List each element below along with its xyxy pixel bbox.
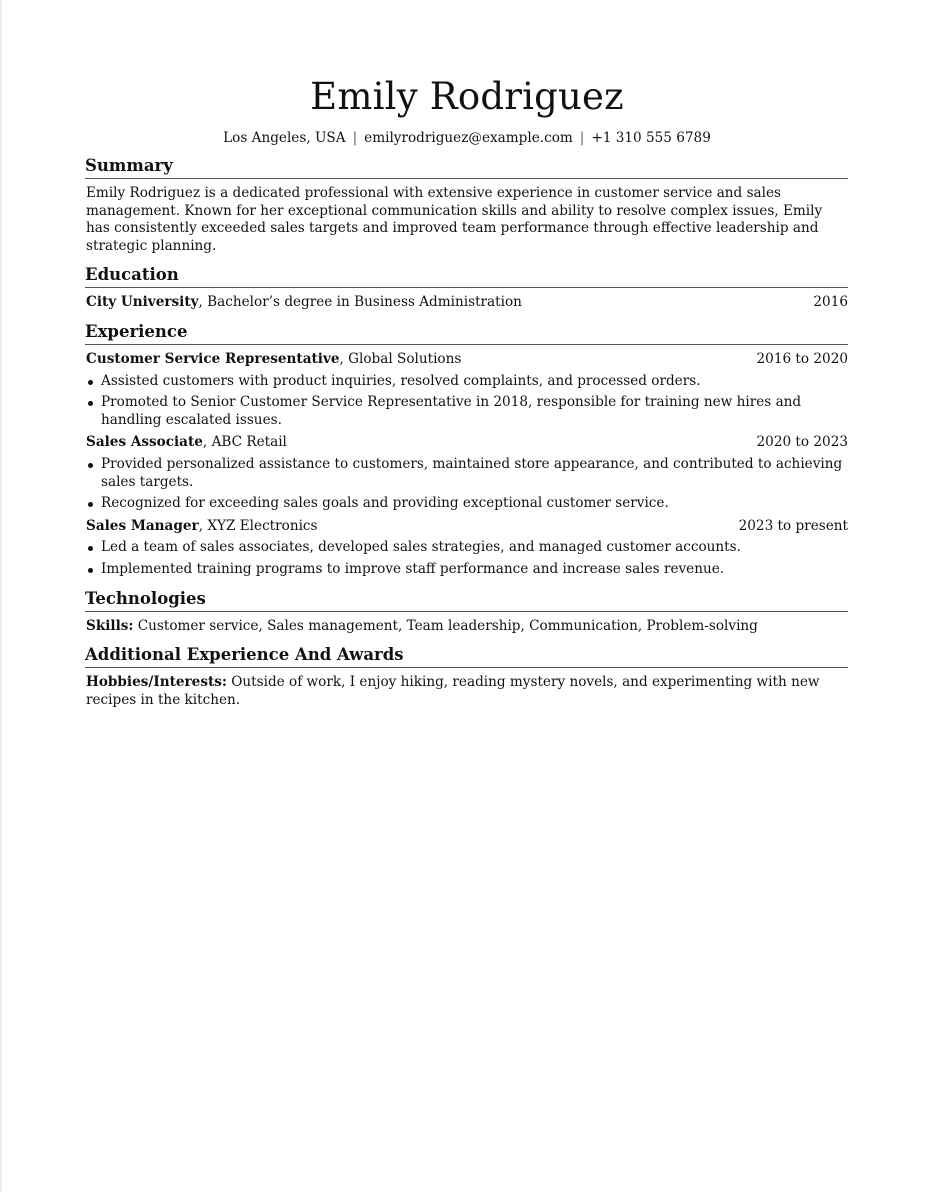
job-title: Sales Manager [86,518,199,534]
job-entry: Sales Associate, ABC Retail 2020 to 2023… [86,434,848,512]
contact-location: Los Angeles, USA [223,130,345,146]
institution: City University [86,294,199,310]
skills-line: Skills: Customer service, Sales manageme… [86,618,848,636]
hobbies-label: Hobbies/Interests: [86,674,227,690]
contact-phone[interactable]: +1 310 555 6789 [591,130,711,146]
candidate-name: Emily Rodriguez [86,74,848,120]
job-bullet: Implemented training programs to improve… [86,561,848,579]
contact-line: Los Angeles, USA|emilyrodriguez@example.… [86,129,848,147]
separator: | [580,130,585,146]
contact-email[interactable]: emilyrodriguez@example.com [364,130,573,146]
section-additional: Additional Experience And Awards Hobbies… [86,644,848,709]
job-date: 2023 to present [739,518,848,536]
resume-content: Summary Emily Rodriguez is a dedicated p… [86,155,848,718]
job-title: Customer Service Representative [86,351,340,367]
section-summary: Summary Emily Rodriguez is a dedicated p… [86,155,848,255]
job-bullet: Led a team of sales associates, develope… [86,539,848,557]
skills-text: Customer service, Sales management, Team… [133,618,757,634]
page-edge [0,0,2,1192]
job-company: , Global Solutions [340,351,462,367]
section-education: Education City University, Bachelor’s de… [86,264,848,312]
section-title: Education [85,264,848,288]
separator: | [353,130,358,146]
education-item: City University, Bachelor’s degree in Bu… [86,294,848,312]
job-entry: Sales Manager, XYZ Electronics 2023 to p… [86,518,848,579]
job-bullet: Provided personalized assistance to cust… [86,456,848,491]
section-technologies: Technologies Skills: Customer service, S… [86,588,848,636]
section-title: Experience [85,321,848,345]
degree: , Bachelor’s degree in Business Administ… [199,294,522,310]
job-date: 2016 to 2020 [757,351,848,369]
job-date: 2020 to 2023 [757,434,848,452]
summary-text: Emily Rodriguez is a dedicated professio… [86,185,848,255]
job-title: Sales Associate [86,434,203,450]
section-title: Technologies [85,588,848,612]
section-experience: Experience Customer Service Representati… [86,321,848,579]
skills-label: Skills: [86,618,133,634]
section-title: Summary [85,155,848,179]
job-bullet: Promoted to Senior Customer Service Repr… [86,394,848,429]
job-entry: Customer Service Representative, Global … [86,351,848,429]
job-bullet: Recognized for exceeding sales goals and… [86,495,848,513]
hobbies-line: Hobbies/Interests: Outside of work, I en… [86,674,848,709]
job-company: , ABC Retail [203,434,287,450]
job-company: , XYZ Electronics [199,518,318,534]
section-title: Additional Experience And Awards [85,644,848,668]
job-bullet: Assisted customers with product inquirie… [86,373,848,391]
education-date: 2016 [813,294,848,312]
